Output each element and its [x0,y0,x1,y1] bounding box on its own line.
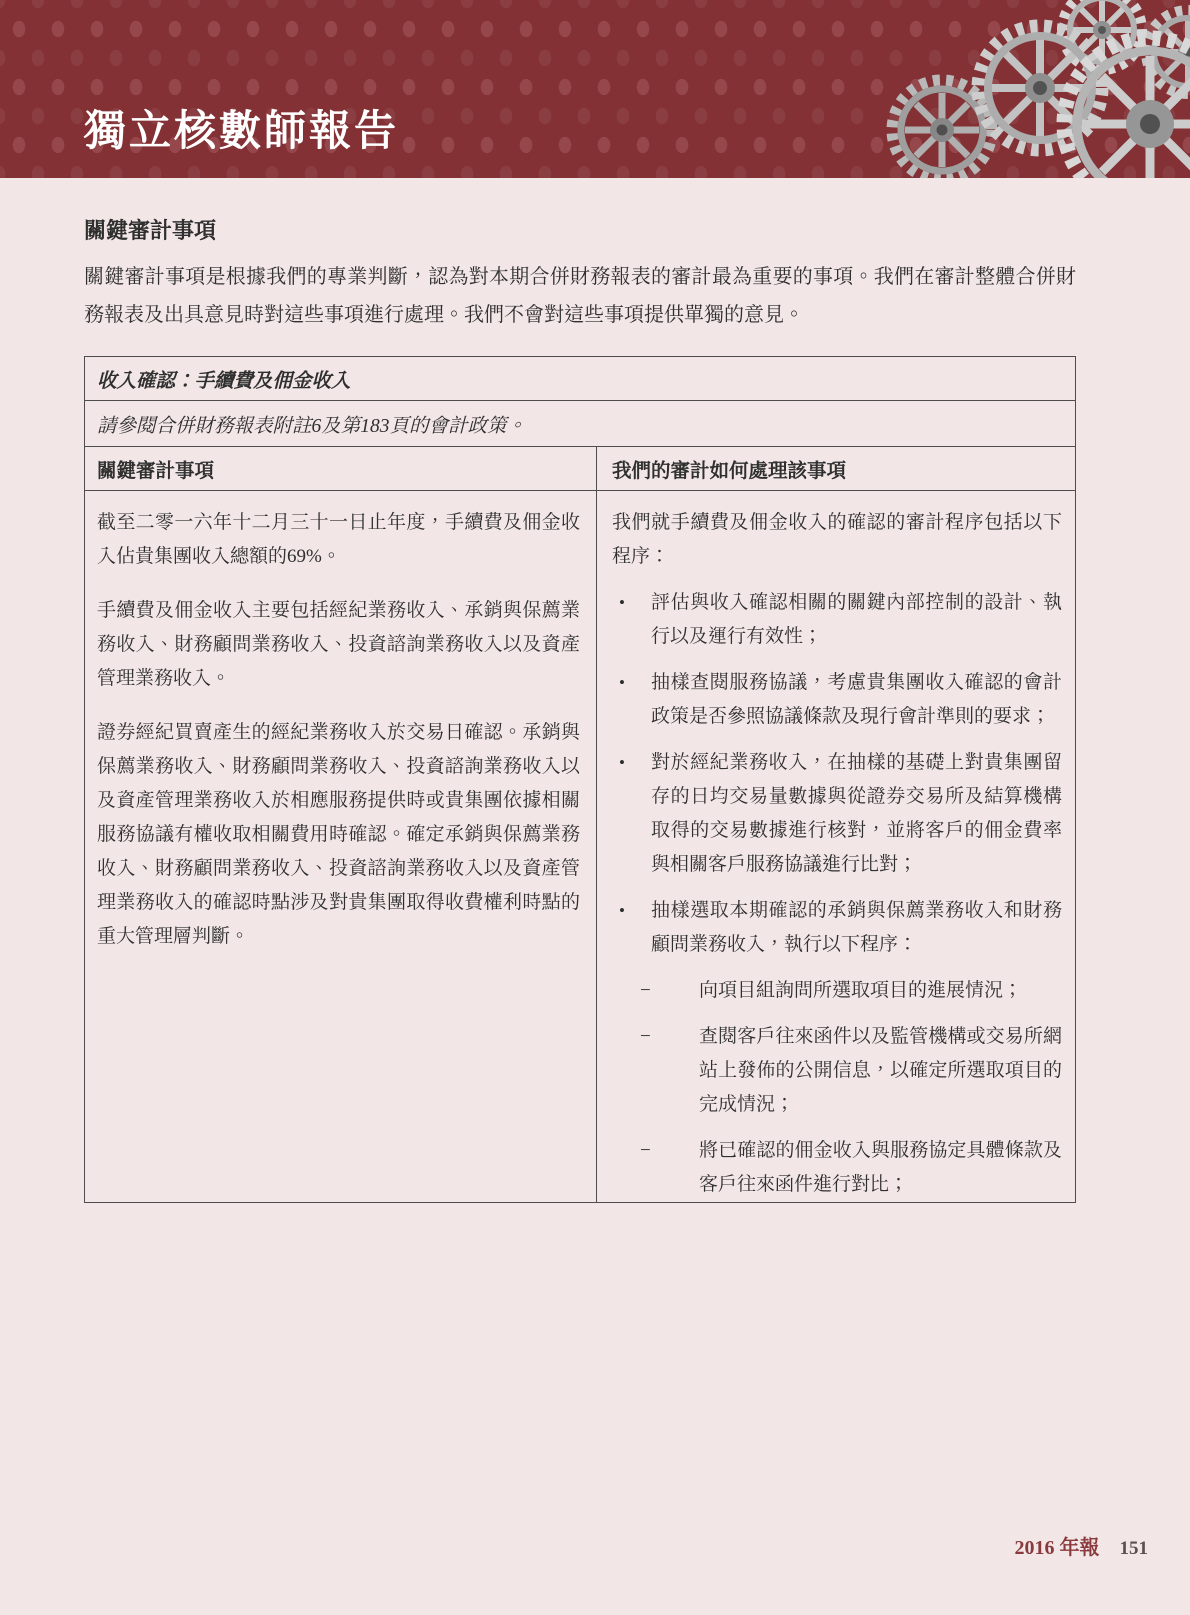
key-audit-matter-table: 收入確認：手續費及佣金收入 請參閱合併財務報表附註6及第183頁的會計政策。 關… [84,356,1076,1203]
table-content-row: 截至二零一六年十二月三十一日止年度，手續費及佣金收入佔貴集團收入總額的69%。 … [85,491,1075,1202]
section-heading: 關鍵審計事項 [84,214,216,245]
bullet-text: 抽樣查閱服務協議，考慮貴集團收入確認的會計政策是否參照協議條款及現行會計準則的要… [651,666,1062,734]
page-footer: 2016 年報151 [84,1531,1148,1560]
page-title: 獨立核數師報告 [84,98,399,158]
bullet-text: 抽樣選取本期確認的承銷與保薦業務收入和財務顧問業務收入，執行以下程序： [651,894,1062,962]
bullet-item: • 評估與收入確認相關的關鍵內部控制的設計、執行以及運行有效性； [612,586,1062,654]
paragraph: 手續費及佣金收入主要包括經紀業務收入、承銷與保薦業務收入、財務顧問業務收入、投資… [97,594,580,696]
bullet-marker: • [612,586,651,654]
table-reference-row: 請參閱合併財務報表附註6及第183頁的會計政策。 [85,401,1075,447]
key-audit-matter-cell: 截至二零一六年十二月三十一日止年度，手續費及佣金收入佔貴集團收入總額的69%。 … [85,491,597,1202]
bullet-text: 評估與收入確認相關的關鍵內部控制的設計、執行以及運行有效性； [651,586,1062,654]
annual-report-label: 2016 年報 [1015,1537,1100,1559]
gear-icon [1064,38,1190,178]
column-header-key-audit-matter: 關鍵審計事項 [85,447,597,490]
bullet-text: 對於經紀業務收入，在抽樣的基礎上對貴集團留存的日均交易量數據與從證券交易所及結算… [651,746,1062,882]
paragraph: 截至二零一六年十二月三十一日止年度，手續費及佣金收入佔貴集團收入總額的69%。 [97,506,580,574]
section-intro-paragraph: 關鍵審計事項是根據我們的專業判斷，認為對本期合併財務報表的審計最為重要的事項。我… [84,258,1076,334]
page-number: 151 [1120,1538,1149,1559]
table-title-row: 收入確認：手續費及佣金收入 [85,357,1075,401]
bullet-marker: • [612,666,651,734]
audit-procedures-intro: 我們就手續費及佣金收入的確認的審計程序包括以下程序： [612,506,1062,574]
dash-marker: − [640,1020,699,1122]
bullet-marker: • [612,746,651,882]
column-header-audit-response: 我們的審計如何處理該事項 [597,447,1075,490]
table-reference-text: 請參閱合併財務報表附註6及第183頁的會計政策。 [97,410,526,438]
page-header-banner: 獨立核數師報告 [0,0,1190,178]
table-title-text: 收入確認：手續費及佣金收入 [97,365,351,393]
dash-marker: − [640,974,699,1008]
audit-response-cell: 我們就手續費及佣金收入的確認的審計程序包括以下程序： • 評估與收入確認相關的關… [597,491,1075,1202]
sub-bullet-item: − 向項目組詢問所選取項目的進展情況； [640,974,1062,1008]
bullet-item: • 抽樣選取本期確認的承銷與保薦業務收入和財務顧問業務收入，執行以下程序： [612,894,1062,962]
sub-bullet-text: 查閱客戶往來函件以及監管機構或交易所網站上發佈的公開信息，以確定所選取項目的完成… [699,1020,1062,1122]
dash-marker: − [640,1134,699,1202]
table-header-row: 關鍵審計事項 我們的審計如何處理該事項 [85,447,1075,491]
gears-image [850,0,1190,178]
bullet-marker: • [612,894,651,962]
paragraph: 證券經紀買賣產生的經紀業務收入於交易日確認。承銷與保薦業務收入、財務顧問業務收入… [97,716,580,954]
sub-bullet-item: − 查閱客戶往來函件以及監管機構或交易所網站上發佈的公開信息，以確定所選取項目的… [640,1020,1062,1122]
sub-bullet-item: − 將已確認的佣金收入與服務協定具體條款及客戶往來函件進行對比； [640,1134,1062,1202]
bullet-item: • 對於經紀業務收入，在抽樣的基礎上對貴集團留存的日均交易量數據與從證券交易所及… [612,746,1062,882]
sub-bullet-text: 將已確認的佣金收入與服務協定具體條款及客戶往來函件進行對比； [699,1134,1062,1202]
sub-bullet-text: 向項目組詢問所選取項目的進展情況； [699,974,1062,1008]
bullet-item: • 抽樣查閱服務協議，考慮貴集團收入確認的會計政策是否參照協議條款及現行會計準則… [612,666,1062,734]
